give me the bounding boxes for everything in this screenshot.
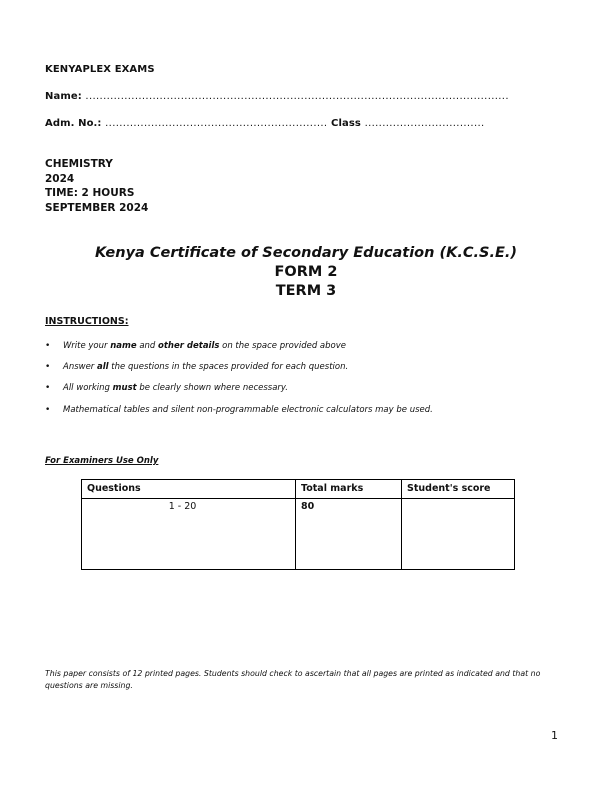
instruction-item: •Answer all the questions in the spaces …	[45, 354, 348, 373]
exam-meta: CHEMISTRY 2024 TIME: 2 HOURS SEPTEMBER 2…	[45, 157, 148, 215]
instruction-item: •All working must be clearly shown where…	[45, 375, 288, 394]
name-field[interactable]: ........................................…	[85, 91, 508, 102]
examiner-label: For Examiners Use Only	[45, 456, 158, 466]
instruction-text: All working must be clearly shown where …	[63, 383, 288, 393]
adm-line: Adm. No.: ..............................…	[45, 118, 485, 129]
cell-questions: 1 - 20	[82, 499, 296, 570]
cell-total-marks: 80	[296, 499, 402, 570]
instruction-item: •Write your name and other details on th…	[45, 333, 346, 352]
cell-student-score[interactable]	[402, 499, 515, 570]
certificate-title: Kenya Certificate of Secondary Education…	[0, 245, 612, 261]
instruction-text: Write your name and other details on the…	[63, 341, 346, 351]
table-row: 1 - 20 80	[82, 499, 515, 570]
adm-label: Adm. No.:	[45, 118, 102, 129]
subject: CHEMISTRY	[45, 157, 148, 172]
marks-table: Questions Total marks Student's score 1 …	[81, 479, 515, 570]
col-questions: Questions	[82, 480, 296, 499]
org-name: KENYAPLEX EXAMS	[45, 64, 155, 75]
bullet-icon: •	[45, 383, 63, 393]
form-title: FORM 2	[0, 264, 612, 280]
class-field[interactable]: ..................................	[365, 118, 485, 129]
bullet-icon: •	[45, 362, 63, 372]
instruction-item: •Mathematical tables and silent non-prog…	[45, 397, 433, 416]
name-line: Name: ..................................…	[45, 91, 509, 102]
class-label: Class	[331, 118, 361, 129]
adm-field[interactable]: ........................................…	[105, 118, 327, 129]
page-number: 1	[551, 729, 558, 742]
instruction-text: Answer all the questions in the spaces p…	[63, 362, 348, 372]
col-student-score: Student's score	[402, 480, 515, 499]
instructions-heading: INSTRUCTIONS:	[45, 316, 129, 327]
footer-note: This paper consists of 12 printed pages.…	[45, 668, 555, 692]
exam-date: SEPTEMBER 2024	[45, 201, 148, 216]
exam-time: TIME: 2 HOURS	[45, 186, 148, 201]
bullet-icon: •	[45, 341, 63, 351]
term-title: TERM 3	[0, 283, 612, 299]
year: 2024	[45, 172, 148, 187]
name-label: Name:	[45, 91, 82, 102]
bullet-icon: •	[45, 405, 63, 415]
col-total-marks: Total marks	[296, 480, 402, 499]
instruction-text: Mathematical tables and silent non-progr…	[63, 405, 433, 415]
table-header-row: Questions Total marks Student's score	[82, 480, 515, 499]
